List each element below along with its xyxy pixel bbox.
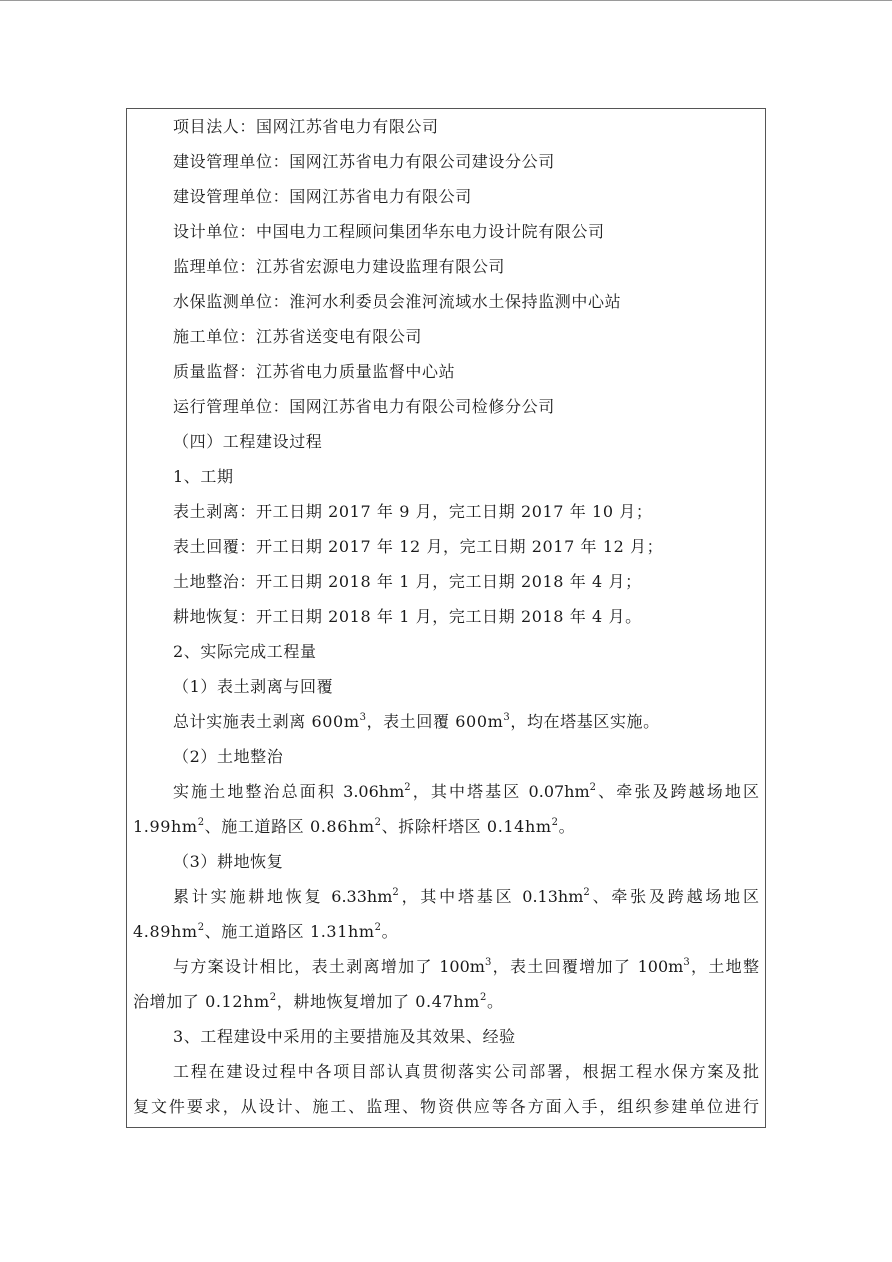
superscript: 2	[270, 992, 277, 1003]
text-run: 治增加了 0.12hm	[133, 992, 270, 1011]
text-run: 、牵张及跨越场地区	[596, 782, 759, 801]
unit-label: 运行管理单位：	[173, 397, 289, 416]
schedule-item-name: 表土回覆：	[173, 537, 256, 556]
unit-value: 中国电力工程顾问集团华东电力设计院有限公司	[256, 222, 605, 241]
unit-value: 国网江苏省电力有限公司	[289, 187, 472, 206]
unit-soil-monitoring: 水保监测单位：淮河水利委员会淮河流域水土保持监测中心站	[173, 292, 621, 312]
unit-quality-supervision: 质量监督：江苏省电力质量监督中心站	[173, 362, 455, 382]
text-run: 、施工道路区 1.31hm	[205, 922, 375, 941]
subsection-heading: 3、工程建设中采用的主要措施及其效果、经验	[173, 1027, 516, 1047]
item-heading: （3）耕地恢复	[173, 852, 283, 872]
unit-label: 建设管理单位：	[173, 187, 289, 206]
unit-construction-management-2: 建设管理单位：国网江苏省电力有限公司	[173, 187, 472, 207]
section-heading: （四）工程建设过程	[173, 432, 322, 452]
schedule-item-dates: 开工日期 2018 年 1 月，完工日期 2018 年 4 月；	[256, 572, 642, 591]
comparison-paragraph-line-2: 治增加了 0.12hm2，耕地恢复增加了 0.47hm2。	[133, 992, 504, 1012]
farmland-paragraph-line-2: 4.89hm2、施工道路区 1.31hm2。	[133, 922, 398, 942]
unit-value: 国网江苏省电力有限公司建设分公司	[289, 152, 555, 171]
text-run: 1.99hm	[133, 817, 198, 836]
superscript: 2	[375, 817, 382, 828]
superscript: 2	[552, 817, 559, 828]
schedule-item-name: 土地整治：	[173, 572, 256, 591]
unit-value: 国网江苏省电力有限公司检修分公司	[289, 397, 555, 416]
unit-construction: 施工单位：江苏省送变电有限公司	[173, 327, 422, 347]
text-run: ，耕地恢复增加了 0.47hm	[277, 992, 480, 1011]
text-run: 总计实施表土剥离 600m	[173, 712, 360, 731]
unit-value: 江苏省电力质量监督中心站	[256, 362, 455, 381]
unit-design: 设计单位：中国电力工程顾问集团华东电力设计院有限公司	[173, 222, 605, 242]
text-run: 与方案设计相比，表土剥离增加了 100m	[173, 957, 485, 976]
unit-label: 水保监测单位：	[173, 292, 289, 311]
text-run: 。	[487, 992, 504, 1011]
text-run: 、施工道路区 0.86hm	[205, 817, 375, 836]
schedule-item: 表土回覆：开工日期 2017 年 12 月，完工日期 2017 年 12 月；	[173, 537, 663, 557]
text-run: ，其中塔基区 0.07hm	[411, 782, 590, 801]
superscript: 2	[480, 992, 487, 1003]
text-run: ，土地整	[690, 957, 759, 976]
text-run: 。	[382, 922, 399, 941]
schedule-item-name: 表土剥离：	[173, 502, 256, 521]
superscript: 2	[375, 922, 382, 933]
schedule-item-dates: 开工日期 2018 年 1 月，完工日期 2018 年 4 月。	[256, 607, 642, 626]
text-run: 4.89hm	[133, 922, 198, 941]
subsection-heading: 2、实际完成工程量	[173, 642, 317, 662]
unit-label: 质量监督：	[173, 362, 256, 381]
unit-value: 江苏省送变电有限公司	[256, 327, 422, 346]
unit-label: 设计单位：	[173, 222, 256, 241]
schedule-item: 土地整治：开工日期 2018 年 1 月，完工日期 2018 年 4 月；	[173, 572, 642, 592]
topsoil-paragraph: 总计实施表土剥离 600m3，表土回覆 600m3，均在塔基区实施。	[173, 712, 660, 732]
land-paragraph-line-1: 实施土地整治总面积 3.06hm2，其中塔基区 0.07hm2、牵张及跨越场地区	[173, 782, 759, 802]
measures-paragraph-line-1: 工程在建设过程中各项目部认真贯彻落实公司部署，根据工程水保方案及批	[173, 1062, 759, 1082]
unit-label: 项目法人：	[173, 117, 256, 136]
text-run: 、拆除杆塔区 0.14hm	[382, 817, 552, 836]
superscript: 2	[198, 922, 205, 933]
unit-label: 施工单位：	[173, 327, 256, 346]
comparison-paragraph-line-1: 与方案设计相比，表土剥离增加了 100m3，表土回覆增加了 100m3，土地整	[173, 957, 759, 977]
document-frame: 项目法人：国网江苏省电力有限公司 建设管理单位：国网江苏省电力有限公司建设分公司…	[126, 108, 766, 1128]
schedule-item: 表土剥离：开工日期 2017 年 9 月，完工日期 2017 年 10 月；	[173, 502, 652, 522]
text-run: ，均在塔基区实施。	[510, 712, 659, 731]
unit-operation-management: 运行管理单位：国网江苏省电力有限公司检修分公司	[173, 397, 555, 417]
text-run: ，表土回覆 600m	[367, 712, 504, 731]
unit-construction-management-1: 建设管理单位：国网江苏省电力有限公司建设分公司	[173, 152, 555, 172]
text-run: 实施土地整治总面积 3.06hm	[173, 782, 404, 801]
unit-value: 淮河水利委员会淮河流域水土保持监测中心站	[289, 292, 621, 311]
measures-paragraph-line-2: 复文件要求，从设计、施工、监理、物资供应等各方面入手，组织参建单位进行	[133, 1097, 759, 1117]
unit-project-owner: 项目法人：国网江苏省电力有限公司	[173, 117, 439, 137]
text-run: ，表土回覆增加了 100m	[491, 957, 683, 976]
superscript: 3	[360, 712, 367, 723]
text-run: 、牵张及跨越场地区	[590, 887, 759, 906]
page-top-border	[0, 0, 892, 1]
text-run: 。	[559, 817, 576, 836]
schedule-item: 耕地恢复：开工日期 2018 年 1 月，完工日期 2018 年 4 月。	[173, 607, 642, 627]
unit-value: 江苏省宏源电力建设监理有限公司	[256, 257, 505, 276]
schedule-item-name: 耕地恢复：	[173, 607, 256, 626]
unit-value: 国网江苏省电力有限公司	[256, 117, 439, 136]
schedule-item-dates: 开工日期 2017 年 12 月，完工日期 2017 年 12 月；	[256, 537, 663, 556]
subsection-heading: 1、工期	[173, 467, 234, 487]
text-run: 累计实施耕地恢复 6.33hm	[173, 887, 392, 906]
unit-label: 监理单位：	[173, 257, 256, 276]
superscript: 2	[198, 817, 205, 828]
item-heading: （1）表土剥离与回覆	[173, 677, 333, 697]
schedule-item-dates: 开工日期 2017 年 9 月，完工日期 2017 年 10 月；	[256, 502, 652, 521]
unit-supervision: 监理单位：江苏省宏源电力建设监理有限公司	[173, 257, 505, 277]
item-heading: （2）土地整治	[173, 747, 283, 767]
text-run: ，其中塔基区 0.13hm	[399, 887, 584, 906]
land-paragraph-line-2: 1.99hm2、施工道路区 0.86hm2、拆除杆塔区 0.14hm2。	[133, 817, 575, 837]
unit-label: 建设管理单位：	[173, 152, 289, 171]
farmland-paragraph-line-1: 累计实施耕地恢复 6.33hm2，其中塔基区 0.13hm2、牵张及跨越场地区	[173, 887, 759, 907]
